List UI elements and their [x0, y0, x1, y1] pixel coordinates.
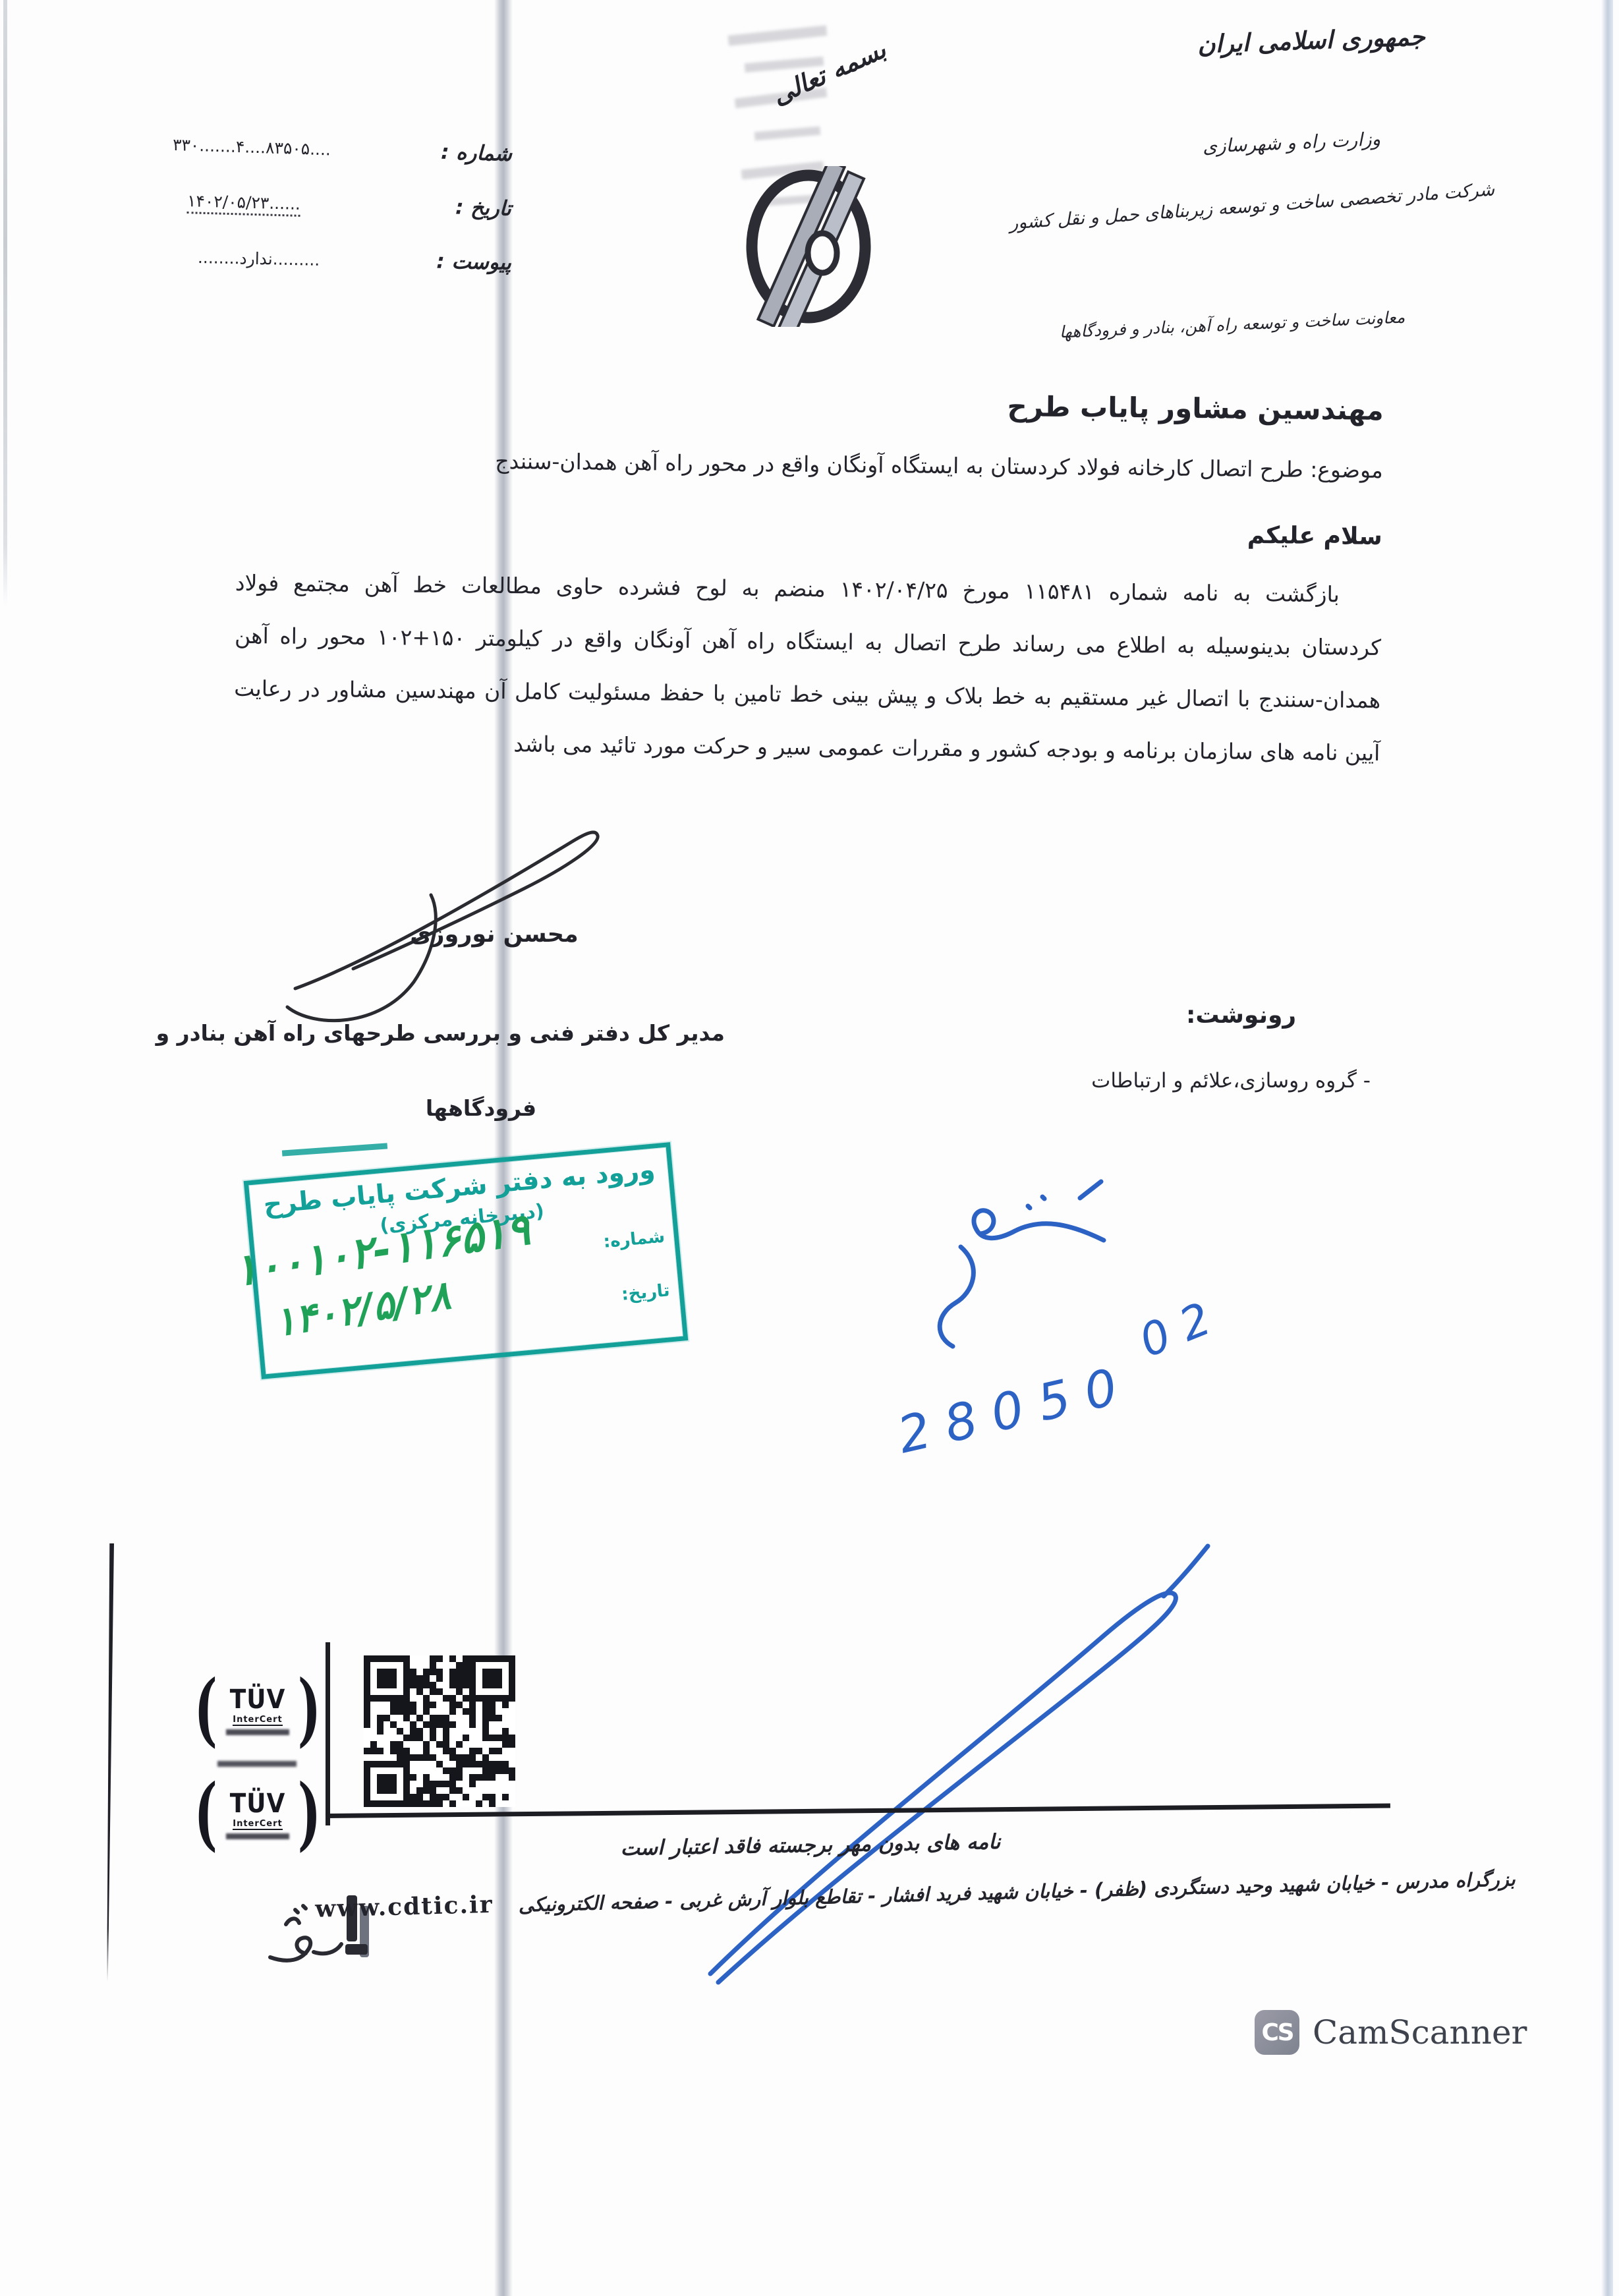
- entry-stamp: ورود به دفتر شرکت پایاب طرح (دبیرخانه مر…: [244, 1142, 689, 1379]
- tuv-right-paren: ): [298, 1778, 321, 1849]
- header-country-title: جمهوری اسلامی ایران: [1093, 18, 1529, 62]
- signer-title-line2: فرودگاهها: [369, 1095, 593, 1121]
- body-line: کردستان بدینوسیله به اطلاع می رساند طرح …: [235, 625, 1381, 658]
- camscanner-label: CamScanner: [1313, 2013, 1527, 2052]
- scanned-letter-page: جمهوری اسلامی ایران بسمه تعالی وزارت راه…: [0, 0, 1619, 2296]
- cc-label: رونوشت:: [1186, 1002, 1364, 1029]
- footer-website: www.cdtic.ir: [315, 1891, 494, 1923]
- ref-attachment-label: پیوست :: [436, 250, 511, 275]
- tuv-sub-label: InterCert: [233, 1715, 283, 1726]
- body-line: آیین نامه های سازمان برنامه و بودجه کشور…: [233, 730, 1380, 764]
- ref-date-field: تاریخ : ۱۴۰۲/۰۵/۲۳......: [187, 188, 512, 223]
- stamp-number-label: شماره:: [602, 1227, 666, 1252]
- ministry-emblem-icon: [737, 166, 880, 327]
- scan-left-edge-artifact: [3, 0, 7, 606]
- recipient-line: مهندسین مشاور پایاب طرح: [237, 382, 1384, 426]
- scan-fold-black-mark: [102, 1543, 117, 1982]
- ref-attachment-field: پیوست : .........ندارد........: [198, 244, 512, 275]
- scan-page-edge: [1601, 0, 1613, 2296]
- tuv-sub-label: InterCert: [233, 1819, 283, 1830]
- signer-name: محسن نوروزی: [385, 921, 603, 948]
- scan-fold-line: [494, 0, 513, 2296]
- header-deputy-line: معاونت ساخت و توسعه راه آهن، بنادر و فرو…: [1025, 306, 1440, 343]
- camscanner-icon: CS: [1255, 2010, 1299, 2055]
- tuv-iso-caption-smudge: [217, 1761, 297, 1767]
- tuv-caption-smudge: [226, 1729, 289, 1735]
- cc-item: - گروه روسازی،علائم و ارتباطات: [1041, 1069, 1371, 1093]
- ref-attachment-value: .........ندارد........: [198, 248, 320, 270]
- signer-title-line1: مدیر کل دفتر فنی و بررسی طرحهای راه آهن …: [237, 1020, 725, 1046]
- tuv-right-paren: ): [298, 1674, 321, 1745]
- ref-number-label: شماره :: [441, 140, 513, 166]
- tuv-caption-smudge: [226, 1833, 289, 1839]
- blue-note-digits-tail: 0 2: [1133, 1293, 1218, 1368]
- qr-code: [364, 1655, 515, 1807]
- body-line: بازگشت به نامه شماره ۱۱۵۴۸۱ مورخ ۱۴۰۲/۰۴…: [235, 572, 1382, 606]
- tuv-label: TÜV: [230, 1789, 286, 1819]
- body-line: همدان-سنندج با اتصال غیر مستقیم به خط بل…: [234, 677, 1380, 711]
- header-company-line: شرکت مادر تخصصی ساخت و توسعه زیربناهای ح…: [969, 177, 1535, 237]
- stamp-smear: [282, 1143, 387, 1156]
- ref-date-value: ۱۴۰۲/۰۵/۲۳......: [187, 191, 301, 217]
- tuv-left-paren: (: [194, 1778, 217, 1849]
- salutation-line: سلام علیکم: [236, 511, 1382, 550]
- ref-date-label: تاریخ :: [455, 196, 512, 221]
- stamp-date-label: تاریخ:: [621, 1280, 671, 1305]
- qr-finder: [364, 1655, 410, 1702]
- blue-note-digits-main: 2 8 0 5 0: [892, 1358, 1123, 1465]
- tuv-label: TÜV: [230, 1684, 286, 1715]
- qr-finder: [469, 1655, 515, 1702]
- tuv-intercert-logo: ( TÜV InterCert ): [195, 1778, 320, 1849]
- header-ministry-line: وزارت راه و شهرسازی: [1107, 124, 1477, 161]
- subject-line: موضوع: طرح اتصال کارخانه فولاد کردستان ب…: [237, 445, 1383, 483]
- tuv-intercert-logo: ( TÜV InterCert ): [195, 1674, 320, 1745]
- camscanner-watermark: CS CamScanner: [1255, 2010, 1527, 2055]
- qr-finder: [364, 1761, 410, 1807]
- tuv-left-paren: (: [194, 1674, 217, 1745]
- ref-number-field: شماره : ۳۳۰.......۴....۸۳۵۰۵....: [173, 132, 513, 166]
- qr-corner-rule: [326, 1642, 330, 1825]
- ref-number-value: ۳۳۰.......۴....۸۳۵۰۵....: [173, 135, 331, 159]
